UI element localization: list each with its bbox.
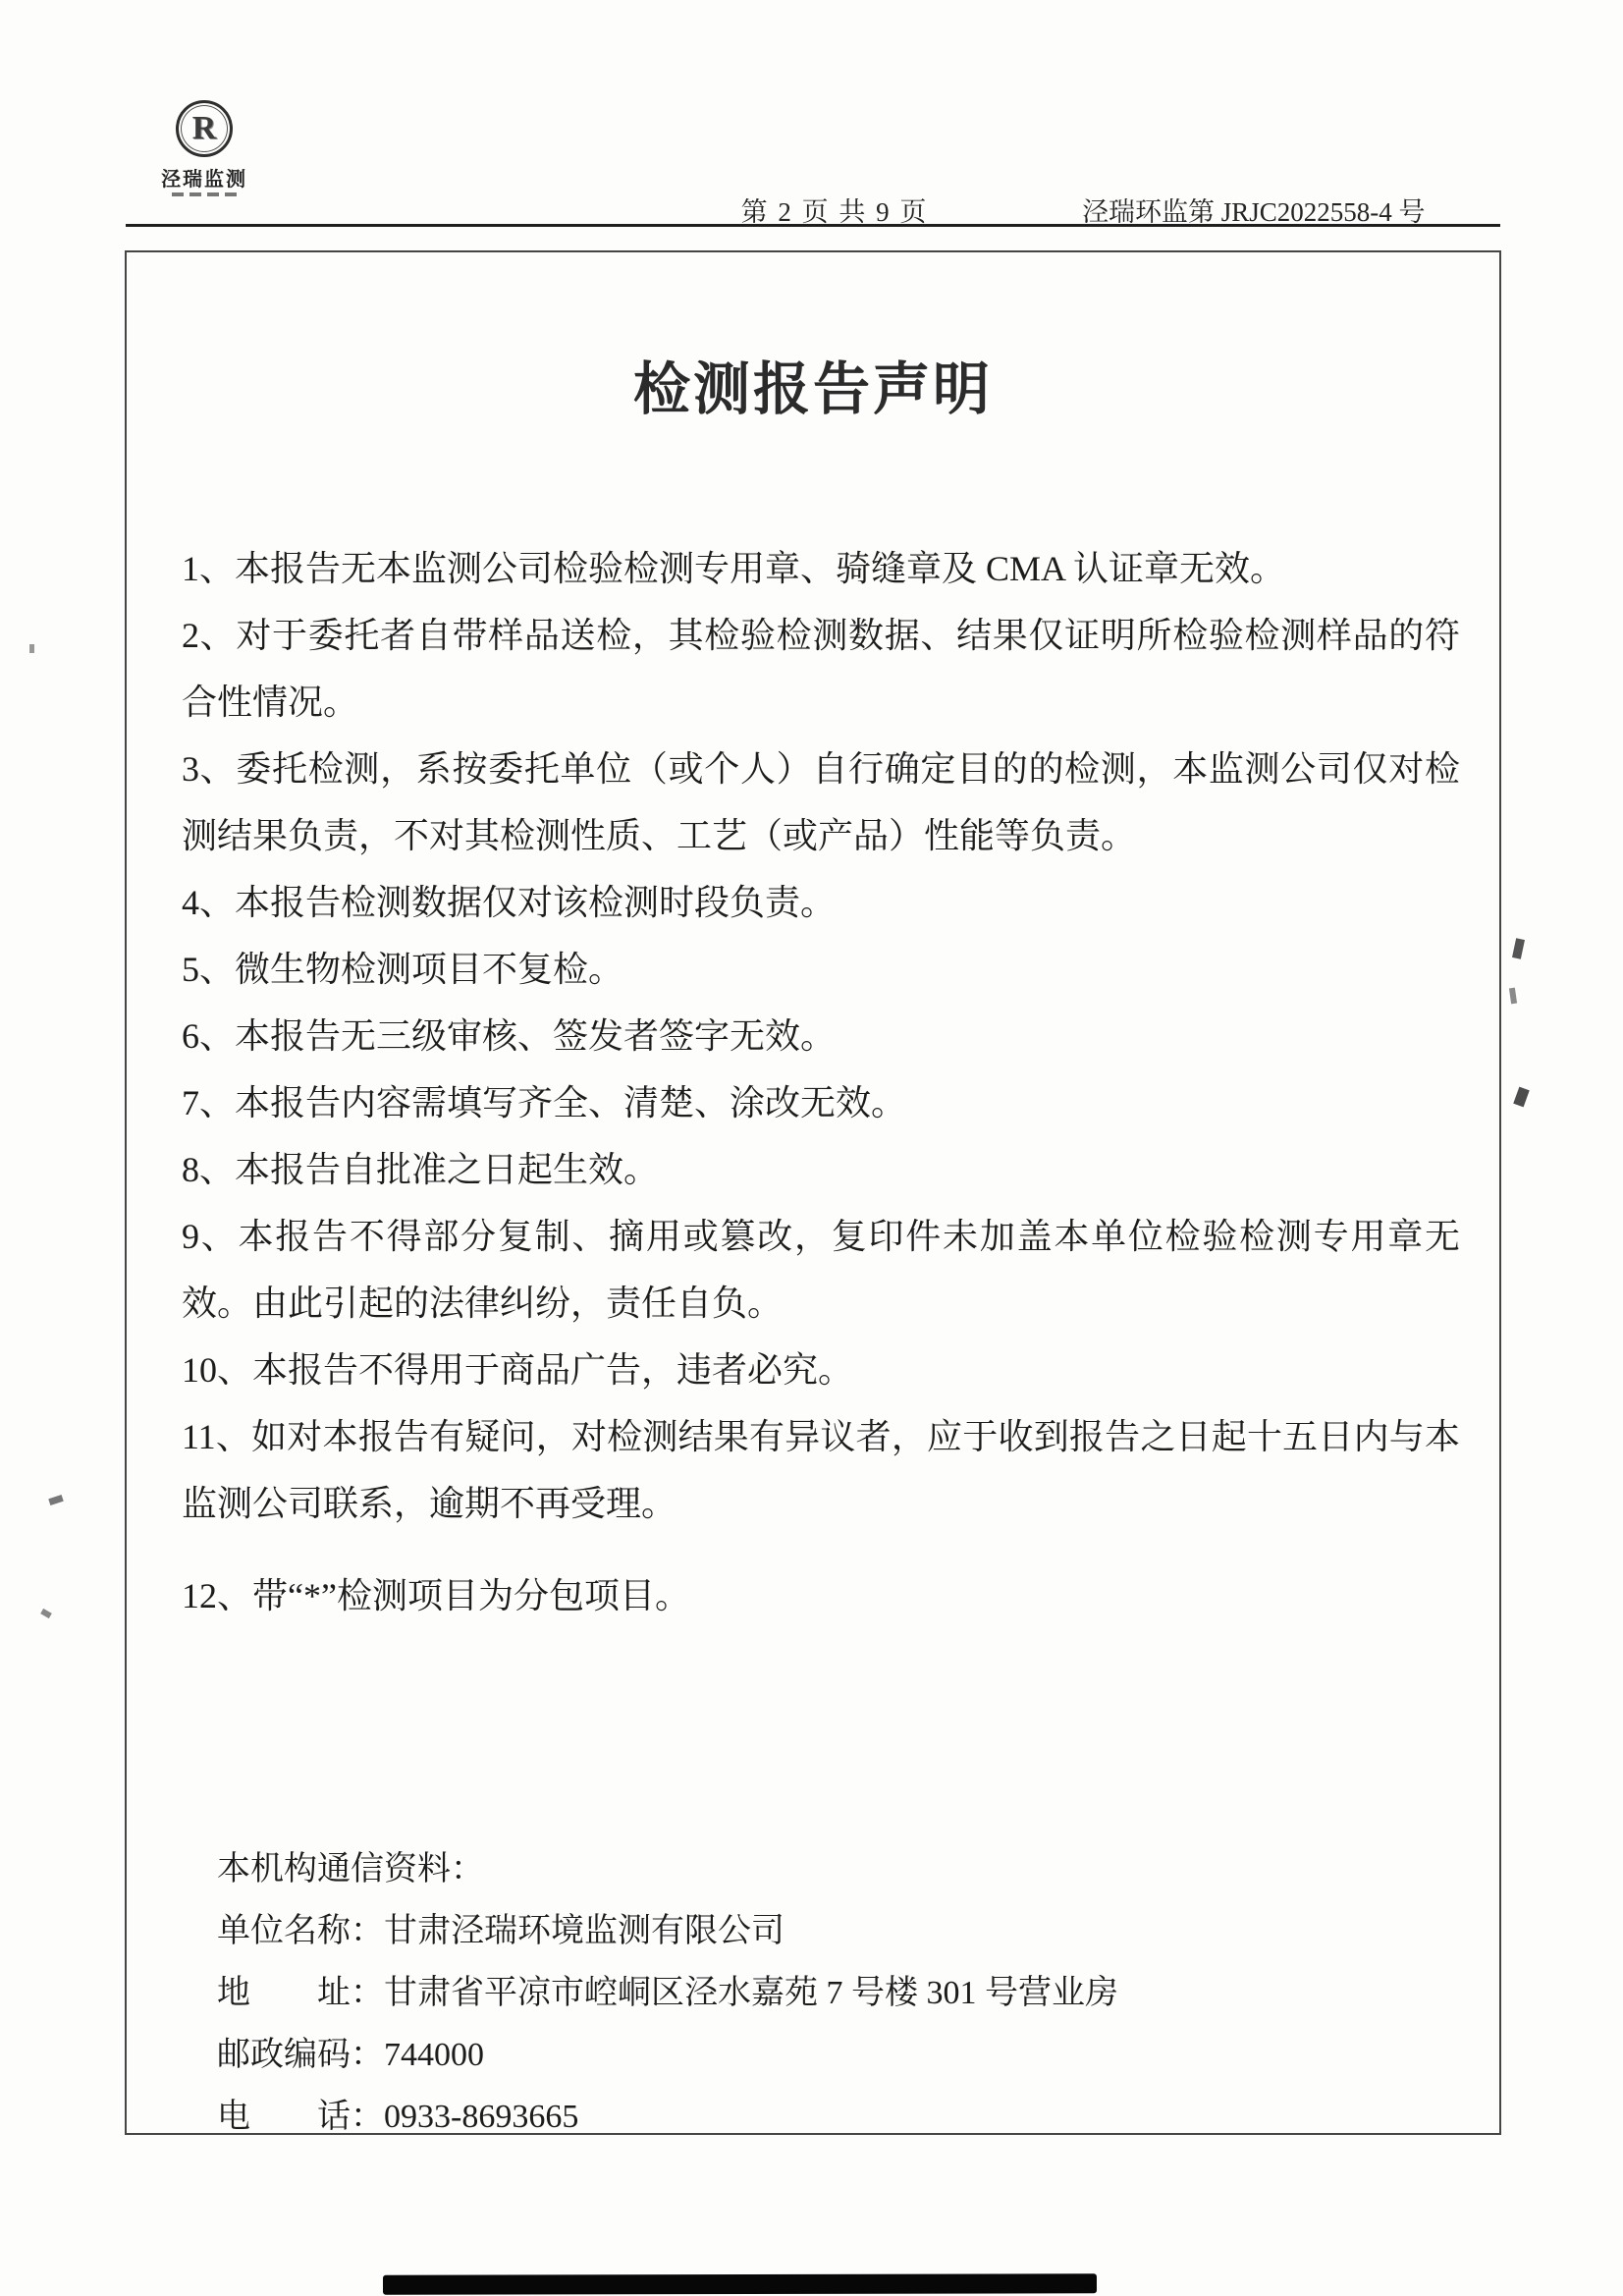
company-logo: R 泾瑞监测 (155, 100, 253, 197)
statement-item-9: 9、本报告不得部分复制、摘用或篡改，复印件未加盖本单位检验检测专用章无效。由此引… (182, 1203, 1460, 1337)
statement-item-4: 4、本报告检测数据仅对该检测时段负责。 (182, 869, 1460, 936)
statement-item-10: 10、本报告不得用于商品广告，违者必究。 (182, 1337, 1460, 1403)
contact-row-company: 单位名称：甘肃泾瑞环境监测有限公司 (217, 1900, 1118, 1962)
logo-subtext-marks (155, 192, 253, 197)
contact-heading: 本机构通信资料： (217, 1838, 1118, 1900)
statement-item-2: 2、对于委托者自带样品送检，其检验检测数据、结果仅证明所检验检测样品的符合性情况… (182, 602, 1460, 736)
header-divider (126, 224, 1500, 227)
statement-item-3: 3、委托检测，系按委托单位（或个人）自行确定目的的检测，本监测公司仅对检测结果负… (182, 736, 1460, 869)
declaration-title: 检测报告声明 (127, 343, 1499, 425)
declaration-box: 检测报告声明 1、本报告无本监测公司检验检测专用章、骑缝章及 CMA 认证章无效… (125, 250, 1501, 2135)
scanned-report-page: R 泾瑞监测 第 2 页 共 9 页 泾瑞环监第 JRJC2022558-4 号… (0, 0, 1623, 2296)
scan-speck (1512, 938, 1525, 958)
contact-label: 单位名称： (217, 1913, 384, 1949)
contact-label: 电 话： (217, 2099, 384, 2135)
scan-bottom-bar (383, 2273, 1097, 2295)
statement-list: 1、本报告无本监测公司检验检测专用章、骑缝章及 CMA 认证章无效。 2、对于委… (182, 535, 1460, 1629)
contact-value: 甘肃泾瑞环境监测有限公司 (384, 1913, 784, 1949)
scan-speck (40, 1609, 52, 1618)
statement-item-11: 11、如对本报告有疑问，对检测结果有异议者，应于收到报告之日起十五日内与本监测公… (182, 1403, 1460, 1537)
contact-section: 本机构通信资料： 单位名称：甘肃泾瑞环境监测有限公司 地 址：甘肃省平凉市崆峒区… (217, 1838, 1118, 2148)
contact-row-postcode: 邮政编码：744000 (217, 2024, 1118, 2086)
logo-ring-icon: R (176, 100, 233, 157)
statement-item-5: 5、微生物检测项目不复检。 (182, 936, 1460, 1003)
scan-speck (29, 644, 34, 653)
contact-value: 0933-8693665 (384, 2099, 578, 2135)
contact-label: 地 址： (217, 1975, 384, 2011)
contact-label: 邮政编码： (217, 2037, 384, 2073)
contact-value: 甘肃省平凉市崆峒区泾水嘉苑 7 号楼 301 号营业房 (384, 1975, 1118, 2011)
contact-row-address: 地 址：甘肃省平凉市崆峒区泾水嘉苑 7 号楼 301 号营业房 (217, 1962, 1118, 2024)
logo-monogram: R (192, 112, 217, 145)
scan-speck (1513, 1087, 1529, 1108)
logo-company-name: 泾瑞监测 (155, 163, 253, 191)
contact-value: 744000 (384, 2037, 484, 2073)
contact-row-phone: 电 话：0933-8693665 (217, 2086, 1118, 2148)
statement-item-6: 6、本报告无三级审核、签发者签字无效。 (182, 1003, 1460, 1069)
scan-speck (1509, 988, 1517, 1005)
statement-item-7: 7、本报告内容需填写齐全、清楚、涂改无效。 (182, 1069, 1460, 1136)
scan-speck (48, 1495, 63, 1505)
statement-item-12: 12、带“*”检测项目为分包项目。 (182, 1562, 1460, 1629)
statement-item-8: 8、本报告自批准之日起生效。 (182, 1136, 1460, 1203)
statement-item-1: 1、本报告无本监测公司检验检测专用章、骑缝章及 CMA 认证章无效。 (182, 535, 1460, 602)
